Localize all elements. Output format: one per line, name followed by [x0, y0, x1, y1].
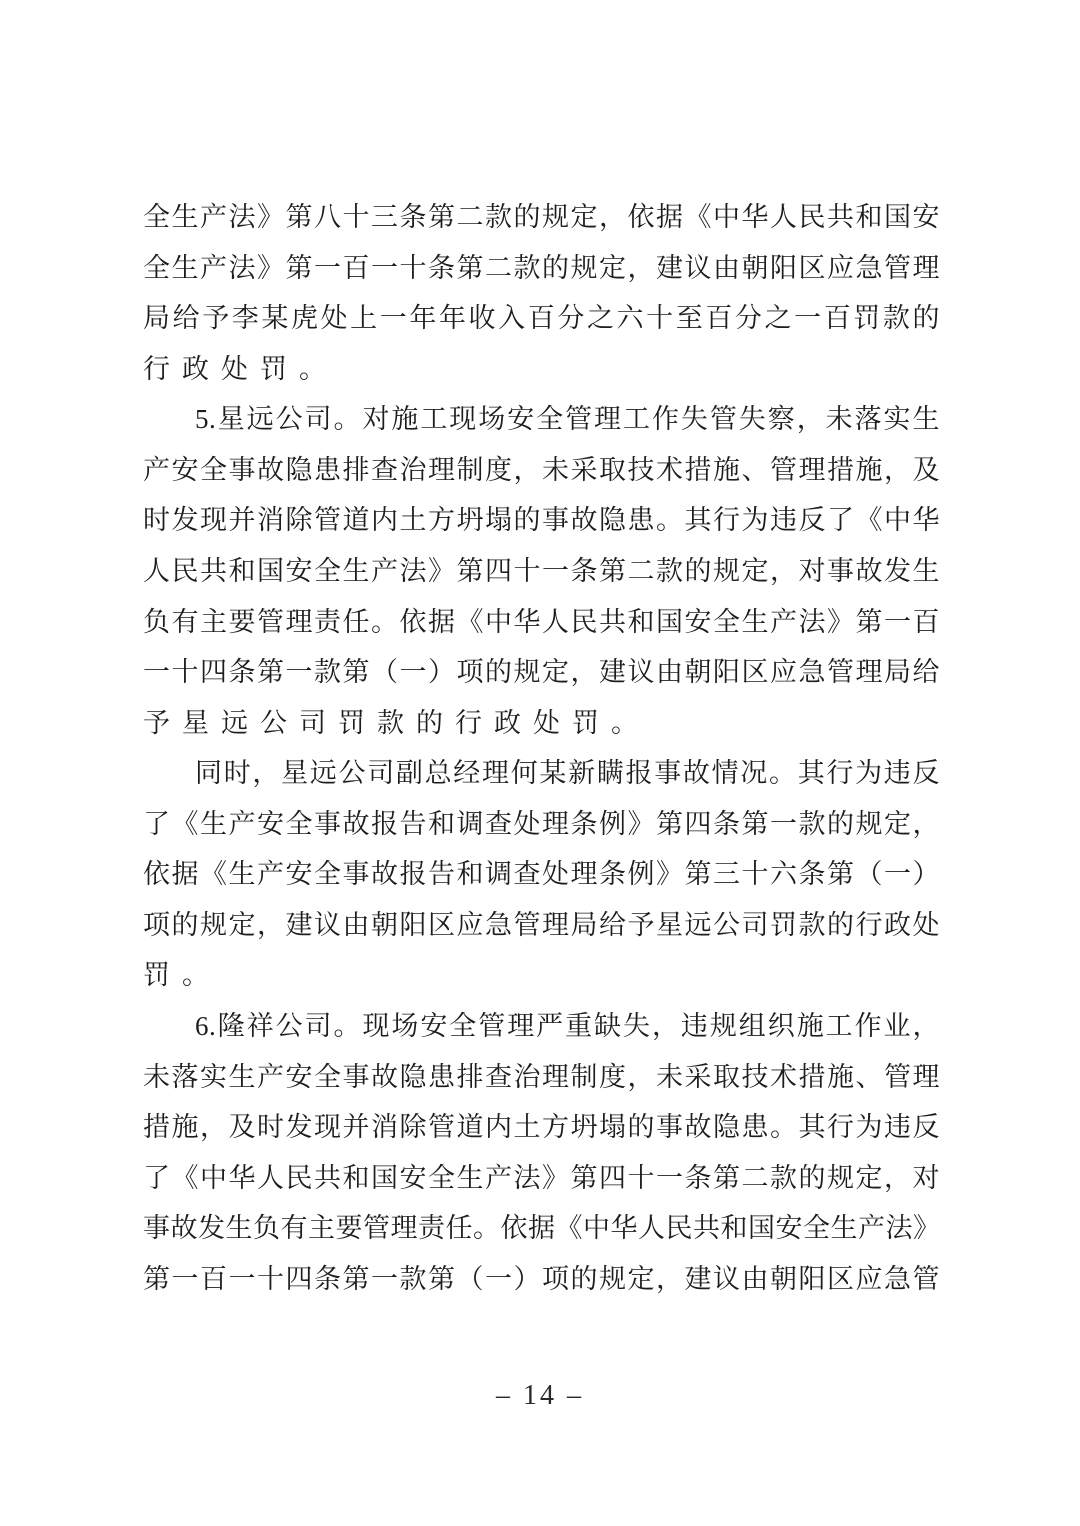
paragraph-continuation: 全生产法》第八十三条第二款的规定，依据《中华人民共和国安 全生产法》第一百一十条…	[143, 192, 940, 394]
text-line: 项的规定，建议由朝阳区应急管理局给予星远公司罚款的行政处	[143, 900, 940, 951]
text-line: 事故发生负有主要管理责任。依据《中华人民共和国安全生产法》	[143, 1203, 940, 1254]
text-line: 人民共和国安全生产法》第四十一条第二款的规定，对事故发生	[143, 546, 940, 597]
text-line: 了《生产安全事故报告和调查处理条例》第四条第一款的规定，	[143, 799, 940, 850]
text-line: 一十四条第一款第（一）项的规定，建议由朝阳区应急管理局给	[143, 647, 940, 698]
text-line: 局给予李某虎处上一年年收入百分之六十至百分之一百罚款的	[143, 293, 940, 344]
text-line: 时发现并消除管道内土方坍塌的事故隐患。其行为违反了《中华	[143, 495, 940, 546]
text-line: 全生产法》第八十三条第二款的规定，依据《中华人民共和国安	[143, 192, 940, 243]
paragraph-item-5: 5.星远公司。对施工现场安全管理工作失管失察，未落实生 产安全事故隐患排查治理制…	[143, 394, 940, 748]
text-line: 全生产法》第一百一十条第二款的规定，建议由朝阳区应急管理	[143, 243, 940, 294]
text-line: 行政处罚。	[143, 344, 940, 395]
text-line: 产安全事故隐患排查治理制度，未采取技术措施、管理措施，及	[143, 445, 940, 496]
text-line: 同时，星远公司副总经理何某新瞒报事故情况。其行为违反	[143, 748, 940, 799]
text-line: 5.星远公司。对施工现场安全管理工作失管失察，未落实生	[143, 394, 940, 445]
text-line: 6.隆祥公司。现场安全管理严重缺失，违规组织施工作业，	[143, 1001, 940, 1052]
page-number: – 14 –	[0, 1376, 1080, 1416]
paragraph-xingyuan-supplement: 同时，星远公司副总经理何某新瞒报事故情况。其行为违反 了《生产安全事故报告和调查…	[143, 748, 940, 1001]
text-line: 依据《生产安全事故报告和调查处理条例》第三十六条第（一）	[143, 849, 940, 900]
paragraph-item-6: 6.隆祥公司。现场安全管理严重缺失，违规组织施工作业， 未落实生产安全事故隐患排…	[143, 1001, 940, 1304]
text-line: 未落实生产安全事故隐患排查治理制度，未采取技术措施、管理	[143, 1052, 940, 1103]
document-body: 全生产法》第八十三条第二款的规定，依据《中华人民共和国安 全生产法》第一百一十条…	[143, 192, 940, 1304]
text-line: 第一百一十四条第一款第（一）项的规定，建议由朝阳区应急管	[143, 1254, 940, 1305]
text-line: 措施，及时发现并消除管道内土方坍塌的事故隐患。其行为违反	[143, 1102, 940, 1153]
text-line: 予星远公司罚款的行政处罚。	[143, 698, 940, 749]
text-line: 了《中华人民共和国安全生产法》第四十一条第二款的规定，对	[143, 1153, 940, 1204]
text-line: 罚。	[143, 950, 940, 1001]
text-line: 负有主要管理责任。依据《中华人民共和国安全生产法》第一百	[143, 597, 940, 648]
